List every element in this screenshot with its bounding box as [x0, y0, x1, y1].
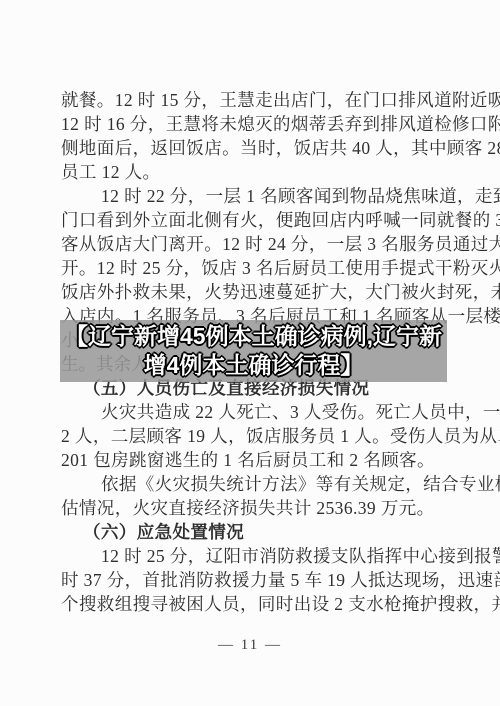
- document-text-line: 饭店外扑救未果，火势迅速蔓延扩大，大门被火封死，未再进: [61, 280, 445, 304]
- document-text-line: 开。12 时 25 分，饭店 3 名后厨员工使用手提式干粉灭火器到: [61, 256, 445, 280]
- document-text-line: 依据《火灾损失统计方法》等有关规定，结合专业机构评: [61, 472, 445, 496]
- document-text-line: 个搜救组搜寻被困人员，同时出设 2 支水枪掩护搜救，并控制: [61, 592, 445, 616]
- document-text-line: 2 人，二层顾客 19 人，饭店服务员 1 人。受伤人员为从二层: [61, 424, 445, 448]
- document-text-line: 12 时 25 分，辽阳市消防救援支队指挥中心接到报警。12: [61, 544, 445, 568]
- document-text-line: 时 37 分，首批消防救援力量 5 车 19 人抵达现场，迅速部署 2: [61, 568, 445, 592]
- document-text-line: 门口看到外立面北侧有火，便跑回店内呼喊一同就餐的 3 名顾: [61, 208, 445, 232]
- document-text-line: 火灾共造成 22 人死亡、3 人受伤。死亡人员中，一层顾客: [61, 400, 445, 424]
- document-text-line: 12 时 16 分，王慧将未熄灭的烟蒂丢弃到排风道检修口附近北: [61, 112, 445, 136]
- document-text-line: 侧地面后，返回饭店。当时，饭店共 40 人，其中顾客 28 人，: [61, 136, 445, 160]
- headline-banner-text-line1: 【辽宁新增45例本土确诊病例,辽宁新: [65, 322, 442, 351]
- page-number: — 11 —: [0, 637, 500, 654]
- document-text-line: 客从饭店大门离开。12 时 24 分，一层 3 名服务员通过大门离: [61, 232, 445, 256]
- document-page: 就餐。12 时 15 分，王慧走出店门，在门口排风道附近吸烟。 12 时 16 …: [0, 0, 500, 706]
- document-text-line: 201 包房跳窗逃生的 1 名后厨员工和 2 名顾客。: [61, 448, 445, 472]
- document-text-line: 员工 12 人。: [61, 160, 445, 184]
- document-text-line: 12 时 22 分，一层 1 名顾客闻到物品烧焦味道，走到饭店: [61, 184, 445, 208]
- section-heading: （六）应急处置情况: [61, 520, 445, 544]
- document-text-line: 估情况，火灾直接经济损失共计 2536.39 万元。: [61, 496, 445, 520]
- document-text-line: 就餐。12 时 15 分，王慧走出店门，在门口排风道附近吸烟。: [61, 88, 445, 112]
- headline-banner: 【辽宁新增45例本土确诊病例,辽宁新 增4例本土确诊行程】: [60, 320, 447, 382]
- headline-banner-text-line2: 增4例本土确诊行程】: [144, 351, 364, 380]
